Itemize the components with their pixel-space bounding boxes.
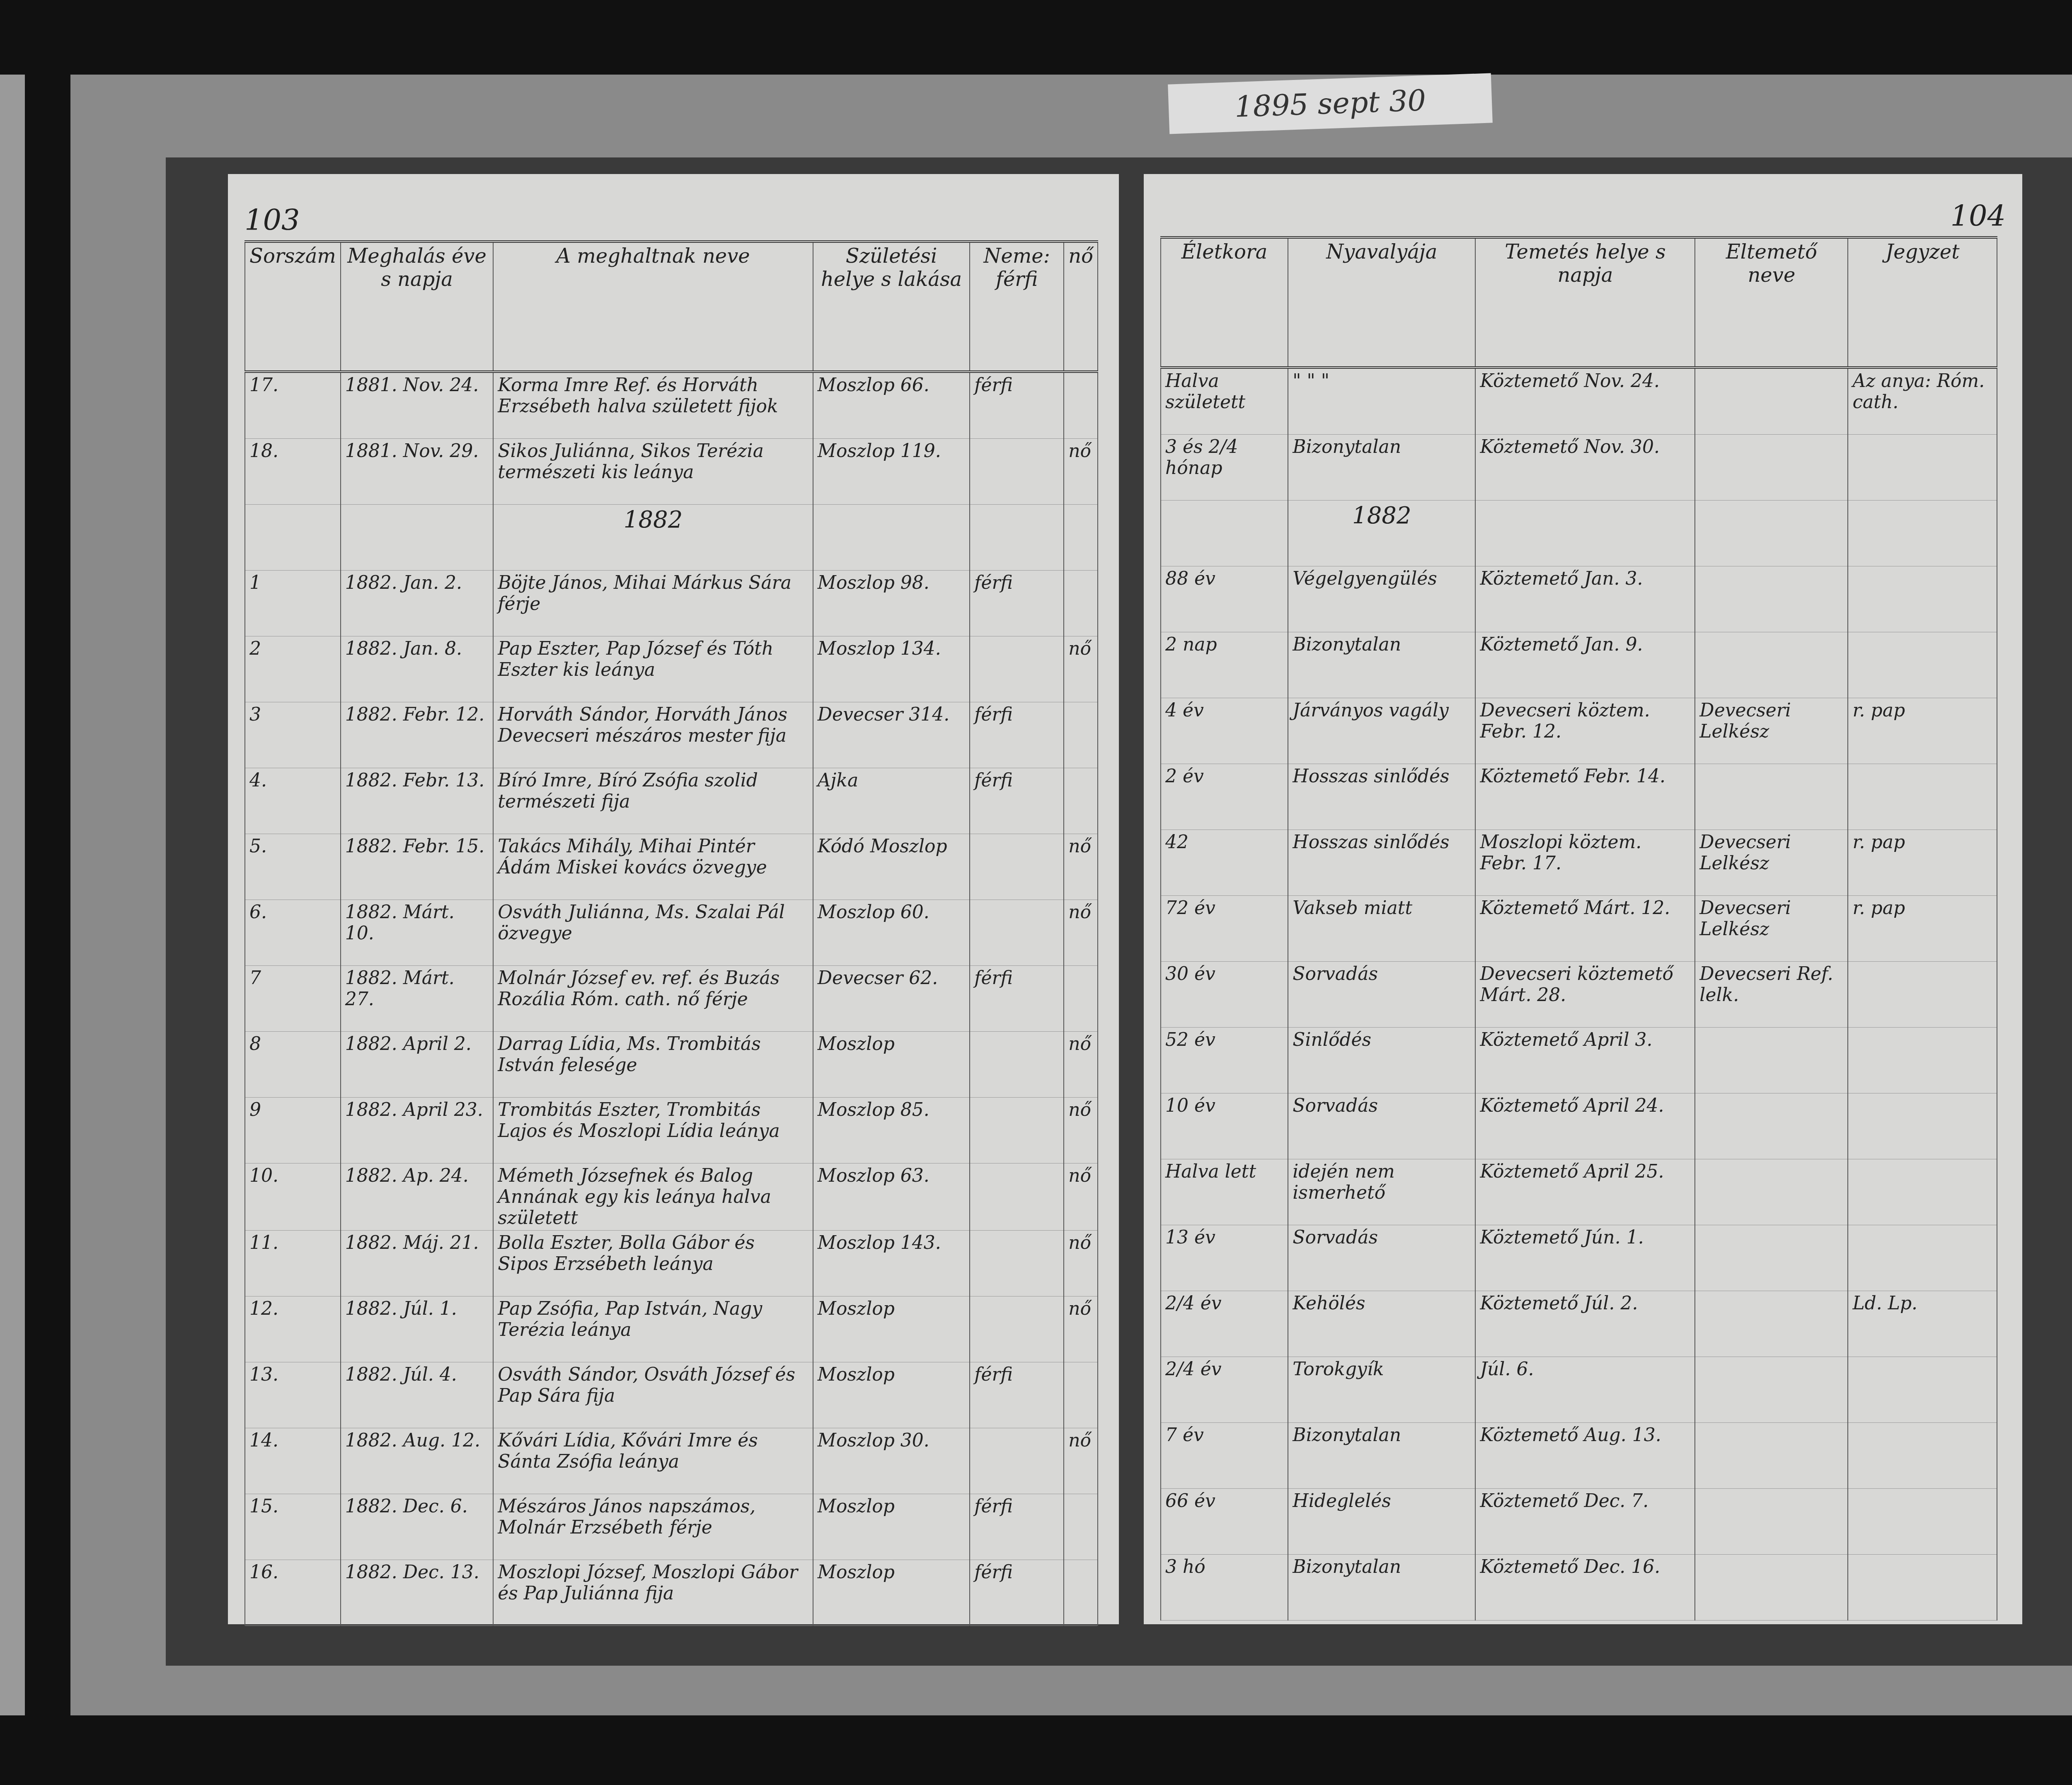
register-cell: 1882. Júl. 1. — [341, 1296, 493, 1362]
register-cell — [1695, 1489, 1848, 1555]
register-cell: Horváth Sándor, Horváth János Devecseri … — [493, 702, 813, 768]
register-cell: 1882. April 2. — [341, 1032, 493, 1098]
register-cell: férfi — [970, 1560, 1064, 1626]
register-cell: Bizonytalan — [1288, 435, 1475, 501]
register-cell: Köztemető Febr. 14. — [1475, 764, 1695, 830]
register-cell — [1695, 1423, 1848, 1489]
register-cell: 88 év — [1161, 566, 1288, 632]
register-cell: nő — [1064, 834, 1098, 900]
register-cell: Köztemető Dec. 16. — [1475, 1555, 1695, 1621]
register-cell: Vakseb miatt — [1288, 896, 1475, 962]
register-cell — [1848, 764, 1997, 830]
register-row: 15.1882. Dec. 6.Mészáros János napszámos… — [245, 1494, 1098, 1560]
register-cell: Trombitás Eszter, Trombitás Lajos és Mos… — [493, 1098, 813, 1163]
register-cell — [813, 505, 970, 571]
register-cell — [1848, 1555, 1997, 1621]
column-header: Születési helye s lakása — [813, 242, 970, 372]
register-cell — [1695, 764, 1848, 830]
register-cell — [1161, 501, 1288, 566]
register-cell — [1695, 1357, 1848, 1423]
register-row: 10.1882. Ap. 24.Mémeth Józsefnek és Balo… — [245, 1163, 1098, 1231]
register-cell: idején nem ismerhető — [1288, 1159, 1475, 1225]
register-cell: Moszlop 60. — [813, 900, 970, 966]
register-cell — [1848, 501, 1997, 566]
register-cell: Hosszas sinlődés — [1288, 764, 1475, 830]
register-cell: Köztemető Jan. 3. — [1475, 566, 1695, 632]
register-cell — [970, 900, 1064, 966]
register-row: 13 évSorvadásKöztemető Jún. 1. — [1161, 1225, 1997, 1291]
register-cell: r. pap — [1848, 830, 1997, 896]
register-row: 12.1882. Júl. 1.Pap Zsófia, Pap István, … — [245, 1296, 1098, 1362]
register-row: 7 évBizonytalanKöztemető Aug. 13. — [1161, 1423, 1997, 1489]
register-cell — [1848, 435, 1997, 501]
register-cell: Devecseri Lelkész — [1695, 896, 1848, 962]
register-cell — [1848, 1028, 1997, 1093]
register-row: 5.1882. Febr. 15.Takács Mihály, Mihai Pi… — [245, 834, 1098, 900]
register-cell — [970, 1428, 1064, 1494]
register-cell: Moszlop 30. — [813, 1428, 970, 1494]
register-cell: 7 — [245, 966, 341, 1032]
register-cell: 1882. Jan. 2. — [341, 571, 493, 636]
register-cell — [1848, 632, 1997, 698]
register-cell: Moszlopi köztem. Febr. 17. — [1475, 830, 1695, 896]
register-cell: Moszlop — [813, 1560, 970, 1626]
register-cell: 4. — [245, 768, 341, 834]
right-page: 104 ÉletkoraNyavalyájaTemetés helye s na… — [1144, 174, 2022, 1624]
register-row: 14.1882. Aug. 12.Kővári Lídia, Kővári Im… — [245, 1428, 1098, 1494]
register-cell: Moszlopi József, Moszlopi Gábor és Pap J… — [493, 1560, 813, 1626]
register-row: 2 évHosszas sinlődésKöztemető Febr. 14. — [1161, 764, 1997, 830]
register-cell: Köztemető Aug. 13. — [1475, 1423, 1695, 1489]
register-cell: 1882. Febr. 12. — [341, 702, 493, 768]
register-cell: Takács Mihály, Mihai Pintér Ádám Miskei … — [493, 834, 813, 900]
register-cell: Végelgyengülés — [1288, 566, 1475, 632]
register-cell: 1882. Máj. 21. — [341, 1231, 493, 1296]
register-cell: nő — [1064, 1428, 1098, 1494]
register-cell: Köztemető Júl. 2. — [1475, 1291, 1695, 1357]
register-cell: 9 — [245, 1098, 341, 1163]
register-cell — [970, 439, 1064, 505]
register-cell: Pap Eszter, Pap József és Tóth Eszter ki… — [493, 636, 813, 702]
register-cell — [1695, 1159, 1848, 1225]
register-row: 52 évSinlődésKöztemető April 3. — [1161, 1028, 1997, 1093]
register-row: 16.1882. Dec. 13.Moszlopi József, Moszlo… — [245, 1560, 1098, 1626]
register-row: 71882. Márt. 27.Molnár József ev. ref. é… — [245, 966, 1098, 1032]
register-cell: Torokgyík — [1288, 1357, 1475, 1423]
register-cell — [1064, 702, 1098, 768]
register-cell: 1881. Nov. 24. — [341, 372, 493, 439]
register-cell: 1882. Dec. 13. — [341, 1560, 493, 1626]
register-cell: 17. — [245, 372, 341, 439]
register-cell: 2/4 év — [1161, 1291, 1288, 1357]
register-cell: Sorvadás — [1288, 962, 1475, 1028]
register-cell: 1882. Aug. 12. — [341, 1428, 493, 1494]
register-cell: férfi — [970, 1362, 1064, 1428]
register-cell: 15. — [245, 1494, 341, 1560]
register-cell: Köztemető Jún. 1. — [1475, 1225, 1695, 1291]
register-cell — [1695, 1291, 1848, 1357]
register-cell: 16. — [245, 1560, 341, 1626]
register-cell: 1882. April 23. — [341, 1098, 493, 1163]
register-cell: 13. — [245, 1362, 341, 1428]
register-cell: férfi — [970, 1494, 1064, 1560]
register-cell: 1882. Márt. 10. — [341, 900, 493, 966]
register-cell: 12. — [245, 1296, 341, 1362]
register-cell: Moszlop 63. — [813, 1163, 970, 1231]
register-cell: nő — [1064, 1231, 1098, 1296]
register-cell: 18. — [245, 439, 341, 505]
register-cell: 1882 — [1288, 501, 1475, 566]
register-cell: Kehölés — [1288, 1291, 1475, 1357]
register-cell: Devecseri Ref. lelk. — [1695, 962, 1848, 1028]
register-cell: Devecser 314. — [813, 702, 970, 768]
register-cell — [1695, 501, 1848, 566]
register-row: 66 évHideglelésKöztemető Dec. 7. — [1161, 1489, 1997, 1555]
register-cell — [1064, 1362, 1098, 1428]
register-cell: Moszlop 85. — [813, 1098, 970, 1163]
register-row: 4.1882. Febr. 13.Bíró Imre, Bíró Zsófia … — [245, 768, 1098, 834]
left-page: 103 SorszámMeghalás éve s napjaA meghalt… — [228, 174, 1119, 1624]
register-cell: Köztemető Jan. 9. — [1475, 632, 1695, 698]
register-cell: 3 — [245, 702, 341, 768]
register-row: Halva született" " "Köztemető Nov. 24.Az… — [1161, 368, 1997, 435]
register-cell: Sikos Juliánna, Sikos Terézia természeti… — [493, 439, 813, 505]
register-cell — [970, 834, 1064, 900]
register-cell — [1064, 1494, 1098, 1560]
register-cell: Köztemető Nov. 30. — [1475, 435, 1695, 501]
register-row: 18.1881. Nov. 29.Sikos Juliánna, Sikos T… — [245, 439, 1098, 505]
register-cell — [1064, 768, 1098, 834]
register-cell: Köztemető April 24. — [1475, 1093, 1695, 1159]
register-cell: nő — [1064, 439, 1098, 505]
register-cell: Korma Imre Ref. és Horváth Erzsébeth hal… — [493, 372, 813, 439]
register-cell: Halva született — [1161, 368, 1288, 435]
register-row: 13.1882. Júl. 4.Osváth Sándor, Osváth Jó… — [245, 1362, 1098, 1428]
register-cell — [1848, 1159, 1997, 1225]
register-cell: 1882. Júl. 4. — [341, 1362, 493, 1428]
register-cell — [970, 636, 1064, 702]
register-cell: Halva lett — [1161, 1159, 1288, 1225]
register-cell: 2 nap — [1161, 632, 1288, 698]
column-header: Életkora — [1161, 237, 1288, 368]
register-cell: 72 év — [1161, 896, 1288, 962]
register-cell — [1848, 1357, 1997, 1423]
register-cell: nő — [1064, 1163, 1098, 1231]
register-cell: férfi — [970, 571, 1064, 636]
register-row: 2 napBizonytalanKöztemető Jan. 9. — [1161, 632, 1997, 698]
register-cell: 3 hó — [1161, 1555, 1288, 1621]
register-cell: Mészáros János napszámos, Molnár Erzsébe… — [493, 1494, 813, 1560]
register-cell — [245, 505, 341, 571]
register-cell: Osváth Juliánna, Ms. Szalai Pál özvegye — [493, 900, 813, 966]
column-header: Neme: férfi — [970, 242, 1064, 372]
register-row: 2/4 évKehölésKöztemető Júl. 2.Ld. Lp. — [1161, 1291, 1997, 1357]
register-cell — [970, 1296, 1064, 1362]
register-cell: Bolla Eszter, Bolla Gábor és Sipos Erzsé… — [493, 1231, 813, 1296]
register-cell — [1848, 962, 1997, 1028]
register-cell: 1881. Nov. 29. — [341, 439, 493, 505]
register-cell: Pap Zsófia, Pap István, Nagy Terézia leá… — [493, 1296, 813, 1362]
register-cell: nő — [1064, 636, 1098, 702]
register-cell: Köztemető Nov. 24. — [1475, 368, 1695, 435]
register-cell: Devecseri Lelkész — [1695, 698, 1848, 764]
register-cell: 66 év — [1161, 1489, 1288, 1555]
register-cell: 1882. Márt. 27. — [341, 966, 493, 1032]
register-cell: nő — [1064, 900, 1098, 966]
register-cell: Moszlop — [813, 1296, 970, 1362]
register-row: 3 hóBizonytalanKöztemető Dec. 16. — [1161, 1555, 1997, 1621]
column-header: Temetés helye s napja — [1475, 237, 1695, 368]
register-row: 2/4 évTorokgyíkJúl. 6. — [1161, 1357, 1997, 1423]
register-cell: Moszlop 98. — [813, 571, 970, 636]
register-cell — [1848, 1225, 1997, 1291]
adjacent-frame — [0, 75, 25, 1715]
register-cell: Devecseri Lelkész — [1695, 830, 1848, 896]
register-cell: Devecseri köztem. Febr. 12. — [1475, 698, 1695, 764]
register-cell: Köztemető Márt. 12. — [1475, 896, 1695, 962]
register-cell: 52 év — [1161, 1028, 1288, 1093]
register-cell: Köztemető April 25. — [1475, 1159, 1695, 1225]
register-cell: Hideglelés — [1288, 1489, 1475, 1555]
register-cell: 1882. Febr. 13. — [341, 768, 493, 834]
register-row: 31882. Febr. 12.Horváth Sándor, Horváth … — [245, 702, 1098, 768]
register-cell: férfi — [970, 702, 1064, 768]
register-cell: férfi — [970, 768, 1064, 834]
column-header: Jegyzet — [1848, 237, 1997, 368]
register-cell: Moszlop 66. — [813, 372, 970, 439]
register-cell: Bíró Imre, Bíró Zsófia szolid természeti… — [493, 768, 813, 834]
register-cell — [1064, 505, 1098, 571]
register-cell — [1695, 1555, 1848, 1621]
register-cell — [1848, 566, 1997, 632]
column-header: A meghaltnak neve — [493, 242, 813, 372]
register-cell: Bizonytalan — [1288, 1423, 1475, 1489]
register-cell: 3 és 2/4 hónap — [1161, 435, 1288, 501]
register-cell — [1064, 372, 1098, 439]
register-cell — [1848, 1093, 1997, 1159]
register-cell: 2 év — [1161, 764, 1288, 830]
register-cell: " " " — [1288, 368, 1475, 435]
register-cell: 13 év — [1161, 1225, 1288, 1291]
register-cell: 30 év — [1161, 962, 1288, 1028]
register-cell: 2/4 év — [1161, 1357, 1288, 1423]
register-cell: Kővári Lídia, Kővári Imre és Sánta Zsófi… — [493, 1428, 813, 1494]
register-row: 3 és 2/4 hónapBizonytalanKöztemető Nov. … — [1161, 435, 1997, 501]
register-row: 91882. April 23.Trombitás Eszter, Trombi… — [245, 1098, 1098, 1163]
register-cell: 10. — [245, 1163, 341, 1231]
register-cell: Ld. Lp. — [1848, 1291, 1997, 1357]
register-cell: 10 év — [1161, 1093, 1288, 1159]
register-cell — [970, 1231, 1064, 1296]
cause-of-death-table: ÉletkoraNyavalyájaTemetés helye s napjaE… — [1160, 236, 1997, 1621]
register-cell: Moszlop — [813, 1362, 970, 1428]
register-cell — [1695, 566, 1848, 632]
register-cell: férfi — [970, 372, 1064, 439]
page-number: 104 — [1950, 199, 2006, 233]
register-cell: Ajka — [813, 768, 970, 834]
register-row: 6.1882. Márt. 10.Osváth Juliánna, Ms. Sz… — [245, 900, 1098, 966]
register-cell — [341, 505, 493, 571]
register-cell: Bizonytalan — [1288, 632, 1475, 698]
register-cell — [1695, 1093, 1848, 1159]
register-cell: Osváth Sándor, Osváth József és Pap Sára… — [493, 1362, 813, 1428]
register-cell — [1848, 1489, 1997, 1555]
register-cell: 6. — [245, 900, 341, 966]
register-cell — [970, 1032, 1064, 1098]
register-cell — [1848, 1423, 1997, 1489]
register-cell: Júl. 6. — [1475, 1357, 1695, 1423]
register-row: 1882 — [245, 505, 1098, 571]
register-cell: 4 év — [1161, 698, 1288, 764]
column-header: Eltemető neve — [1695, 237, 1848, 368]
register-cell: Sorvadás — [1288, 1093, 1475, 1159]
register-row: 1882 — [1161, 501, 1997, 566]
register-cell: Köztemető Dec. 7. — [1475, 1489, 1695, 1555]
register-row: 11882. Jan. 2.Böjte János, Mihai Márkus … — [245, 571, 1098, 636]
register-row: 17.1881. Nov. 24.Korma Imre Ref. és Horv… — [245, 372, 1098, 439]
register-row: 21882. Jan. 8.Pap Eszter, Pap József és … — [245, 636, 1098, 702]
register-cell: 1882. Ap. 24. — [341, 1163, 493, 1231]
register-row: 72 évVakseb miattKöztemető Márt. 12.Deve… — [1161, 896, 1997, 962]
register-cell: Járványos vagály — [1288, 698, 1475, 764]
register-cell — [970, 1163, 1064, 1231]
register-cell — [1064, 571, 1098, 636]
register-cell — [1695, 368, 1848, 435]
register-cell: nő — [1064, 1032, 1098, 1098]
register-cell — [970, 1098, 1064, 1163]
register-cell: 5. — [245, 834, 341, 900]
register-cell: nő — [1064, 1098, 1098, 1163]
register-cell: 1882 — [493, 505, 813, 571]
register-row: 4 évJárványos vagályDevecseri köztem. Fe… — [1161, 698, 1997, 764]
column-header: Sorszám — [245, 242, 341, 372]
register-cell: Darrag Lídia, Ms. Trombitás István feles… — [493, 1032, 813, 1098]
register-cell: Mémeth Józsefnek és Balog Annának egy ki… — [493, 1163, 813, 1231]
register-cell: 8 — [245, 1032, 341, 1098]
register-cell: Kódó Moszlop — [813, 834, 970, 900]
register-cell: r. pap — [1848, 698, 1997, 764]
register-cell: Devecseri köztemető Márt. 28. — [1475, 962, 1695, 1028]
register-cell: Moszlop 134. — [813, 636, 970, 702]
death-register-table: SorszámMeghalás éve s napjaA meghaltnak … — [244, 240, 1098, 1626]
register-cell: Hosszas sinlődés — [1288, 830, 1475, 896]
register-cell: 14. — [245, 1428, 341, 1494]
register-cell: 1 — [245, 571, 341, 636]
register-row: 81882. April 2.Darrag Lídia, Ms. Trombit… — [245, 1032, 1098, 1098]
column-header: Nyavalyája — [1288, 237, 1475, 368]
register-cell: férfi — [970, 966, 1064, 1032]
register-cell: Moszlop — [813, 1494, 970, 1560]
register-cell: nő — [1064, 1296, 1098, 1362]
register-cell — [970, 505, 1064, 571]
register-cell: 42 — [1161, 830, 1288, 896]
register-cell: 11. — [245, 1231, 341, 1296]
register-cell — [1695, 435, 1848, 501]
register-cell — [1695, 1028, 1848, 1093]
register-book: 103 SorszámMeghalás éve s napjaA meghalt… — [166, 157, 2072, 1666]
register-row: 10 évSorvadásKöztemető April 24. — [1161, 1093, 1997, 1159]
register-cell — [1695, 632, 1848, 698]
register-row: 88 évVégelgyengülésKöztemető Jan. 3. — [1161, 566, 1997, 632]
register-cell: 7 év — [1161, 1423, 1288, 1489]
register-cell: Sorvadás — [1288, 1225, 1475, 1291]
register-cell: Bizonytalan — [1288, 1555, 1475, 1621]
register-row: 11.1882. Máj. 21.Bolla Eszter, Bolla Gáb… — [245, 1231, 1098, 1296]
column-header: Meghalás éve s napja — [341, 242, 493, 372]
register-cell: 1882. Jan. 8. — [341, 636, 493, 702]
register-cell — [1064, 1560, 1098, 1626]
register-cell: Böjte János, Mihai Márkus Sára férje — [493, 571, 813, 636]
register-cell: Moszlop 143. — [813, 1231, 970, 1296]
register-cell: Devecser 62. — [813, 966, 970, 1032]
register-cell: 1882. Dec. 6. — [341, 1494, 493, 1560]
register-cell: Moszlop — [813, 1032, 970, 1098]
column-header: nő — [1064, 242, 1098, 372]
register-cell: 1882. Febr. 15. — [341, 834, 493, 900]
register-cell: Moszlop 119. — [813, 439, 970, 505]
register-cell: 2 — [245, 636, 341, 702]
register-cell — [1695, 1225, 1848, 1291]
register-cell: r. pap — [1848, 896, 1997, 962]
register-cell: Az anya: Róm. cath. — [1848, 368, 1997, 435]
register-cell: Köztemető April 3. — [1475, 1028, 1695, 1093]
register-cell — [1475, 501, 1695, 566]
register-cell: Sinlődés — [1288, 1028, 1475, 1093]
register-row: 30 évSorvadásDevecseri köztemető Márt. 2… — [1161, 962, 1997, 1028]
register-cell — [1064, 966, 1098, 1032]
register-cell: Molnár József ev. ref. és Buzás Rozália … — [493, 966, 813, 1032]
page-number: 103 — [244, 203, 300, 237]
register-row: Halva lettidején nem ismerhetőKöztemető … — [1161, 1159, 1997, 1225]
register-row: 42Hosszas sinlődésMoszlopi köztem. Febr.… — [1161, 830, 1997, 896]
